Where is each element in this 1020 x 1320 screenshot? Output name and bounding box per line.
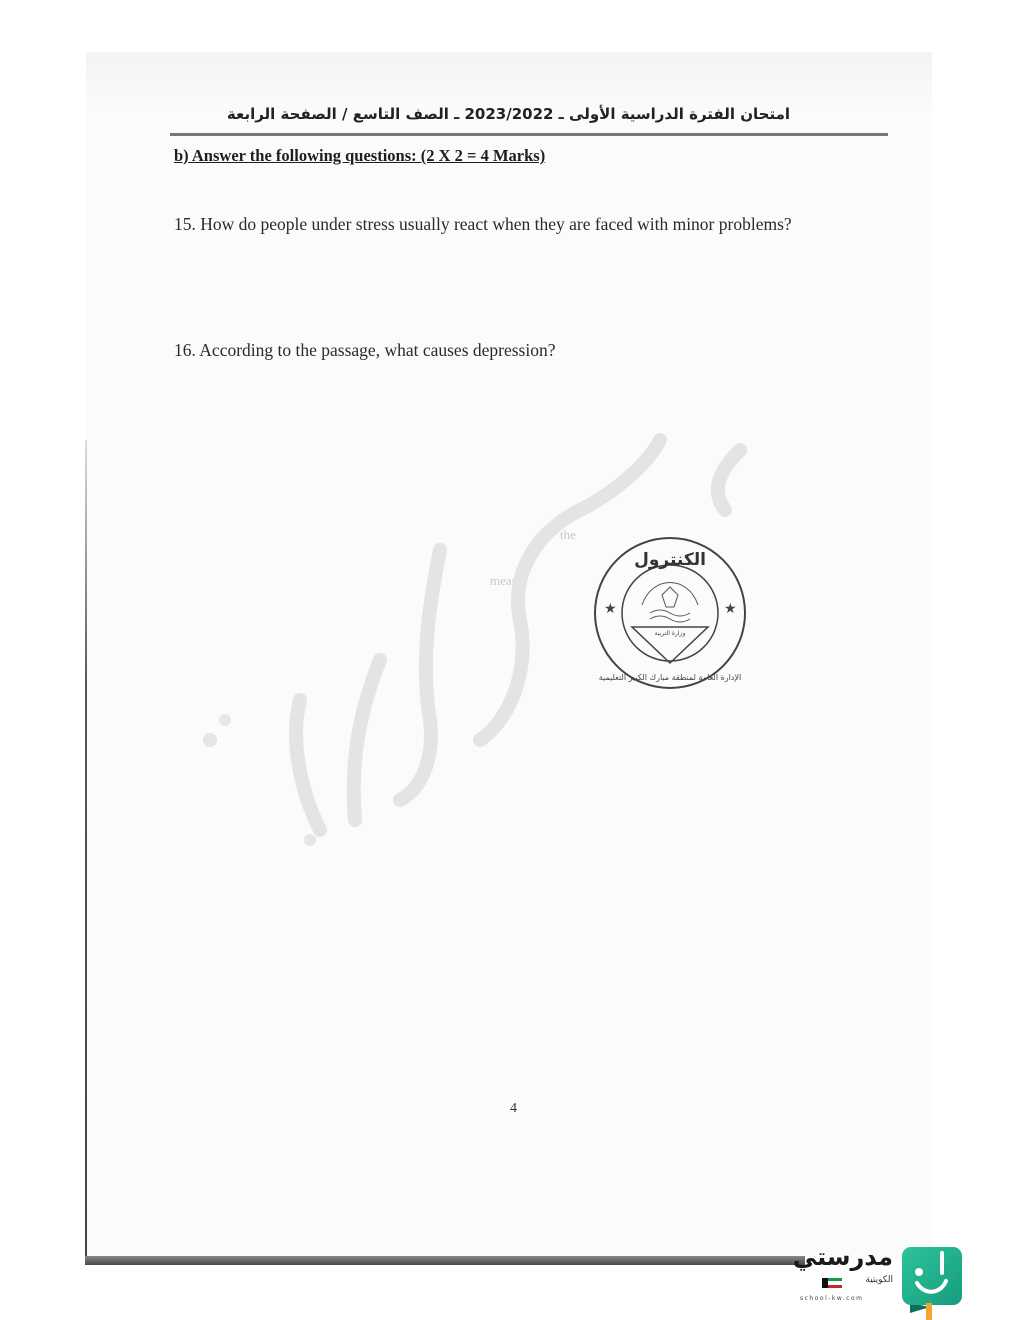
bleed-through-text: the (560, 527, 576, 543)
question-16: 16. According to the passage, what cause… (174, 340, 556, 361)
page-left-edge (85, 440, 87, 1260)
control-stamp: الكنترول ★ ★ الإدارة العامة لمنطقة مبارك… (592, 535, 748, 691)
brand-url: school-kw.com (800, 1295, 863, 1302)
star-icon: ★ (724, 601, 737, 617)
question-text: How do people under stress usually react… (200, 214, 791, 234)
page-number: 4 (510, 1101, 517, 1117)
stamp-ring-text: الإدارة العامة لمنطقة مبارك الكبير التعل… (599, 673, 741, 683)
header-divider (170, 133, 888, 136)
pencil-icon (926, 1303, 932, 1320)
stamp-title: الكنترول (634, 550, 706, 570)
question-number: 15. (174, 214, 196, 234)
question-15: 15. How do people under stress usually r… (174, 214, 792, 235)
question-text: According to the passage, what causes de… (199, 340, 555, 360)
exam-header: امتحان الفترة الدراسية الأولى ـ 2023/202… (270, 105, 790, 123)
page-top-shading (86, 52, 932, 112)
question-number: 16. (174, 340, 196, 360)
page-bottom-edge (85, 1256, 805, 1265)
section-title: b) Answer the following questions: (2 X … (174, 146, 545, 166)
ship-icon (662, 587, 678, 607)
brand-subtitle: الكويتية (798, 1275, 893, 1285)
brand-name: مدرستي (798, 1245, 893, 1269)
brand-logo: مدرستي الكويتية school-kw.com (798, 1245, 968, 1320)
stamp-inner-text: وزارة التربية (655, 630, 686, 637)
bleed-through-text: measu (490, 573, 523, 589)
kuwait-flag-icon (822, 1278, 842, 1288)
star-icon: ★ (604, 601, 617, 617)
smile-app-icon (900, 1245, 964, 1320)
